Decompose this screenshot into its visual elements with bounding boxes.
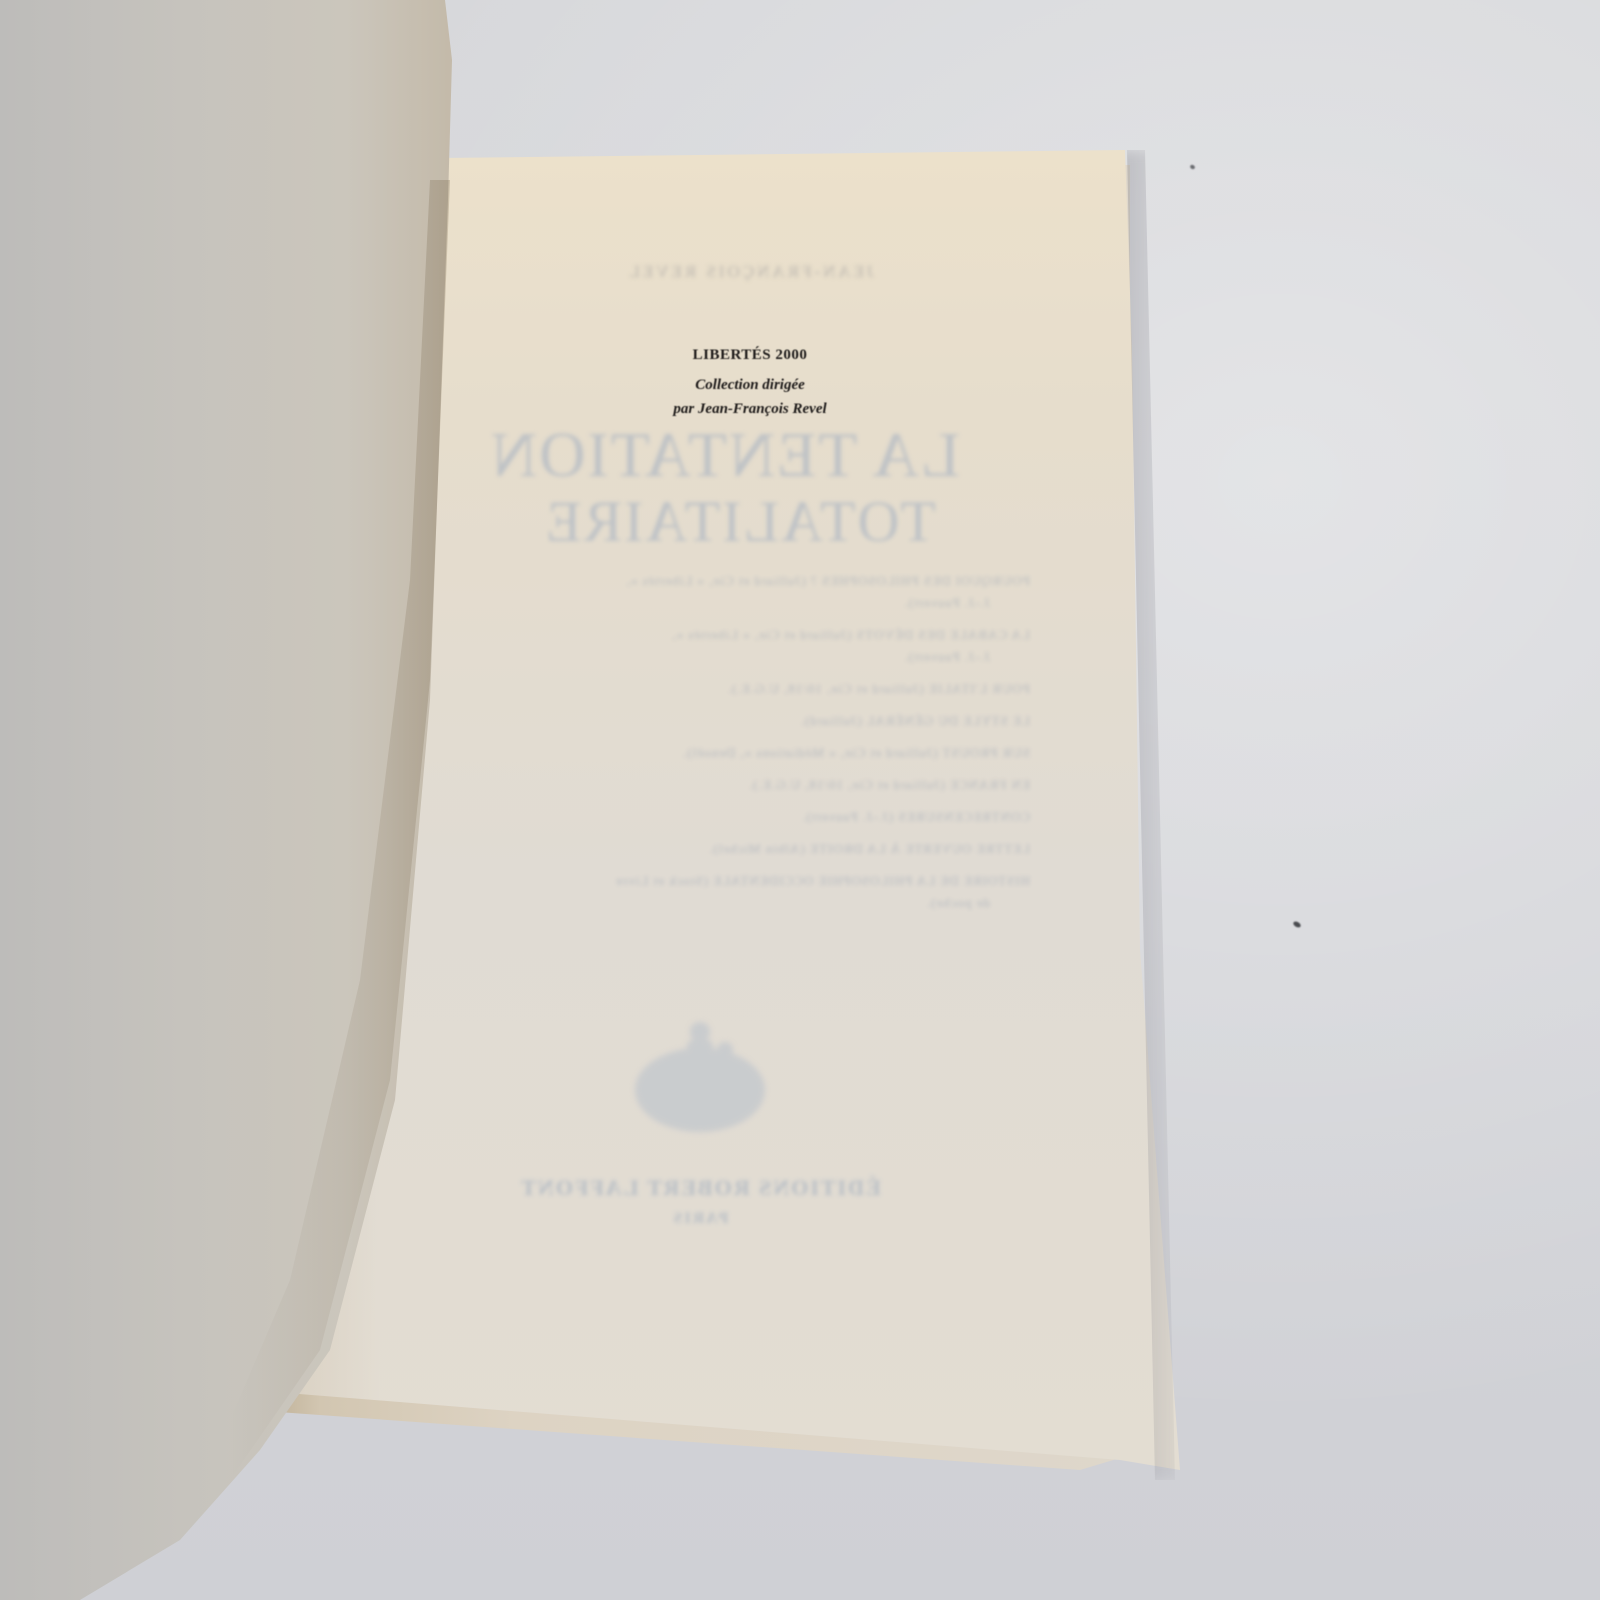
list-item: CONTRECENSURES (J.-J. Pauvert). bbox=[405, 806, 1030, 828]
list-item: HISTOIRE DE LA PHILOSOPHIE OCCIDENTALE (… bbox=[405, 870, 1030, 892]
publisher-emblem-icon bbox=[625, 1010, 775, 1140]
list-item: J.-J. Pauvert). bbox=[405, 646, 1030, 668]
list-item: LETTRE OUVERTE À LA DROITE (Albin Michel… bbox=[405, 838, 1030, 860]
list-item: de poche). bbox=[405, 892, 1030, 914]
list-item: SUR PROUST (Julliard et Cie, « Médiation… bbox=[405, 742, 1030, 764]
showthrough-works-list: POURQUOI DES PHILOSOPHES ? (Julliard et … bbox=[405, 570, 1030, 924]
series-title: LIBERTÉS 2000 bbox=[590, 347, 910, 364]
showthrough-title-line1: LA TENTATION bbox=[520, 418, 960, 492]
showthrough-publisher: ÉDITIONS ROBERT LAFFONT bbox=[480, 1175, 920, 1201]
series-editor-line: par Jean-François Revel bbox=[570, 397, 930, 421]
book-photo-scene: JEAN-FRANÇOIS REVEL LA TENTATION TOTALIT… bbox=[0, 0, 1600, 1600]
list-item: EN FRANCE (Julliard et Cie, 10/18, U.G.E… bbox=[405, 774, 1030, 796]
series-editor-credit: Collection dirigée par Jean-François Rev… bbox=[570, 373, 930, 421]
list-item: LE STYLE DU GÉNÉRAL (Julliard). bbox=[405, 710, 1030, 732]
list-item: LA CABALE DES DÉVOTS (Julliard et Cie, «… bbox=[405, 624, 1030, 646]
showthrough-city: PARIS bbox=[620, 1210, 780, 1228]
series-collection-line: Collection dirigée bbox=[570, 373, 930, 397]
list-item: POUR L'ITALIE (Julliard et Cie, 10/18, U… bbox=[405, 678, 1030, 700]
list-item: POURQUOI DES PHILOSOPHES ? (Julliard et … bbox=[405, 570, 1030, 592]
showthrough-title-line2: TOTALITAIRE bbox=[540, 488, 940, 555]
showthrough-author: JEAN-FRANÇOIS REVEL bbox=[600, 262, 900, 282]
list-item: J.-J. Pauvert). bbox=[405, 592, 1030, 614]
